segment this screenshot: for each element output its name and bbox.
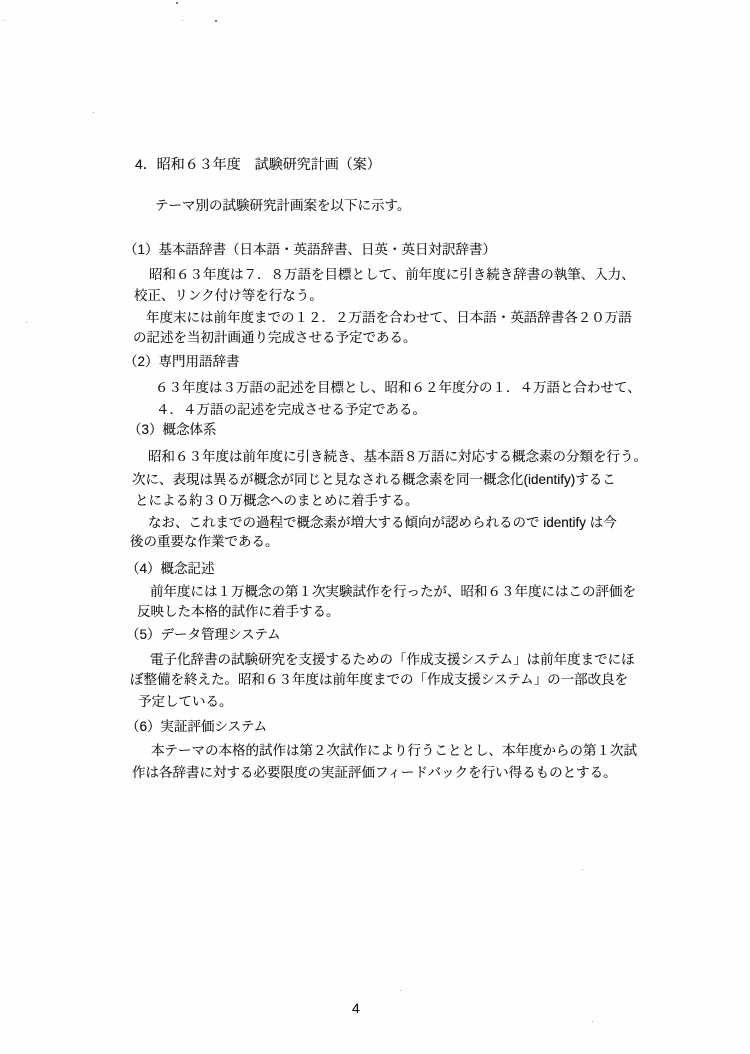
text-line: とによる約３０万概念へのまとめに着手する。 xyxy=(135,492,419,510)
text-line: ４．４万語の記述を完成させる予定である。 xyxy=(156,401,426,419)
scan-speck xyxy=(4,20,5,21)
scan-speck xyxy=(93,112,94,113)
text-line: 電子化辞書の試験研究を支援するための「作成支援システム」は前年度までにほ xyxy=(150,651,635,669)
section-heading: （3）概念体系 xyxy=(128,421,217,439)
text-line: 次に、表現は異るが概念が同じと見なされる概念素を同一概念化(identify)す… xyxy=(132,471,616,489)
scan-speck xyxy=(176,2,178,4)
text-line: ぼ整備を終えた。昭和６３年度は前年度までの「作成支援システム」の一部改良を xyxy=(130,671,628,689)
text-line: なお、これまでの過程で概念素が増大する傾向が認められるので identify は… xyxy=(148,514,617,532)
section-heading: （2）専門用語辞書 xyxy=(124,353,240,371)
text-line: 昭和６３年度は７．８万語を目標として、前年度に引き続き辞書の執筆、入力、 xyxy=(149,266,635,284)
intro-line: テーマ別の試験研究計画案を以下に示す。 xyxy=(155,197,410,215)
text-line: 前年度には１万概念の第１次実験試作を行ったが、昭和６３年度にはこの評価を xyxy=(150,583,636,601)
text-line: 昭和６３年度は前年度に引き続き、基本語８万語に対応する概念素の分類を行う。 xyxy=(148,448,647,466)
text-line: 校正、リンク付け等を行なう。 xyxy=(134,287,323,305)
text-line: 年度末には前年度までの１２．２万語を合わせて、日本語・英語辞書各２０万語 xyxy=(146,309,632,327)
section-heading: （1）基本語辞書（日本語・英語辞書、日英・英日対訳辞書） xyxy=(124,241,496,259)
document-title: 4．昭和６３年度 試験研究計画（案） xyxy=(135,155,381,173)
text-line: 予定している。 xyxy=(138,693,233,711)
page-number: 4 xyxy=(352,999,360,1017)
text-line: 反映した本格的試作に着手する。 xyxy=(137,603,340,621)
scan-speck xyxy=(400,990,401,991)
scanned-document-page: 4．昭和６３年度 試験研究計画（案） テーマ別の試験研究計画案を以下に示す。 （… xyxy=(0,0,750,1054)
scan-speck xyxy=(592,1021,593,1022)
section-heading: （5）データ管理システム xyxy=(126,626,281,644)
scan-speck xyxy=(182,20,183,21)
text-line: ６３年度は３万語の記述を目標とし、昭和６２年度分の１．４万語と合わせて、 xyxy=(155,379,641,397)
section-heading: （4）概念記述 xyxy=(126,560,215,578)
scan-speck xyxy=(26,322,27,323)
text-line: 後の重要な作業である。 xyxy=(130,533,279,551)
scan-speck xyxy=(582,869,583,870)
scan-speck xyxy=(215,20,217,22)
text-line: 本テーマの本格的試作は第２次試作により行うこととし、本年度からの第１次試 xyxy=(151,742,637,760)
text-line: 作は各辞書に対する必要限度の実証評価フィードバックを行い得るものとする。 xyxy=(132,764,617,782)
text-line: の記述を当初計画通り完成させる予定である。 xyxy=(133,329,417,347)
section-heading: （6）実証評価システム xyxy=(126,718,267,736)
